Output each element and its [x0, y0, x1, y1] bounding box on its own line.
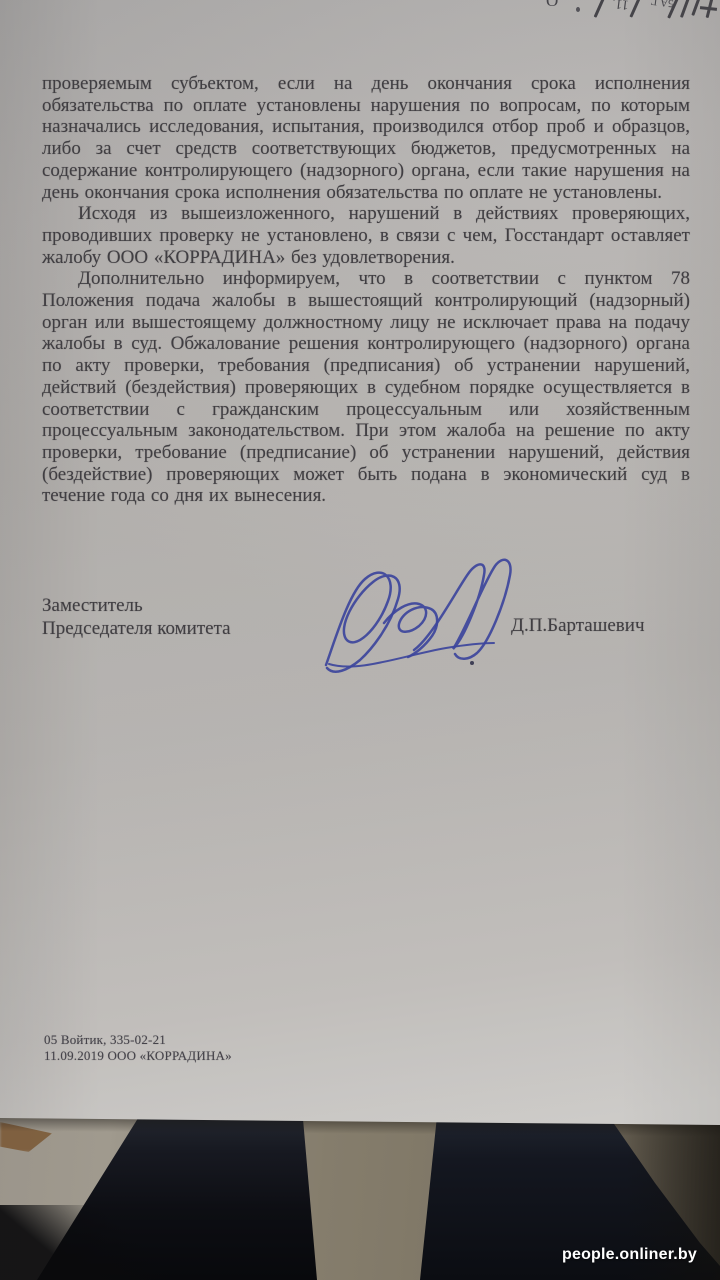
document-body: проверяемым субъектом, если на день окон…: [42, 73, 690, 507]
document-footer: 05 Войтик, 335-02-21 11.09.2019 ООО «КОР…: [44, 1032, 232, 1063]
paragraph: Дополнительно информируем, что в соответ…: [42, 268, 690, 507]
photo-of-document: проверяемым субъектом, если на день окон…: [0, 0, 720, 1280]
floor-shadow-corner: [0, 1205, 170, 1280]
watermark: people.onliner.by: [562, 1246, 697, 1264]
signer-position-line2: Председателя комитета: [42, 617, 231, 640]
footer-date-line: 11.09.2019 ООО «КОРРАДИНА»: [44, 1048, 232, 1064]
footer-executor-line: 05 Войтик, 335-02-21: [44, 1032, 232, 1048]
signer-position-line1: Заместитель: [42, 594, 231, 617]
signer-position-title: Заместитель Председателя комитета: [42, 594, 231, 640]
document-page: проверяемым субъектом, если на день окон…: [0, 0, 720, 1127]
top-fragment-letter: О: [546, 0, 558, 11]
paragraph: проверяемым субъектом, если на день окон…: [42, 73, 690, 203]
handwritten-signature: [296, 553, 526, 688]
signer-name: Д.П.Барташевич: [511, 615, 645, 637]
paragraph: Исходя из вышеизложенного, нарушений в д…: [42, 203, 690, 268]
top-fragment-number: 11.: [611, 0, 630, 12]
top-fragment-dot: [576, 7, 580, 12]
ink-dot: [470, 661, 474, 665]
